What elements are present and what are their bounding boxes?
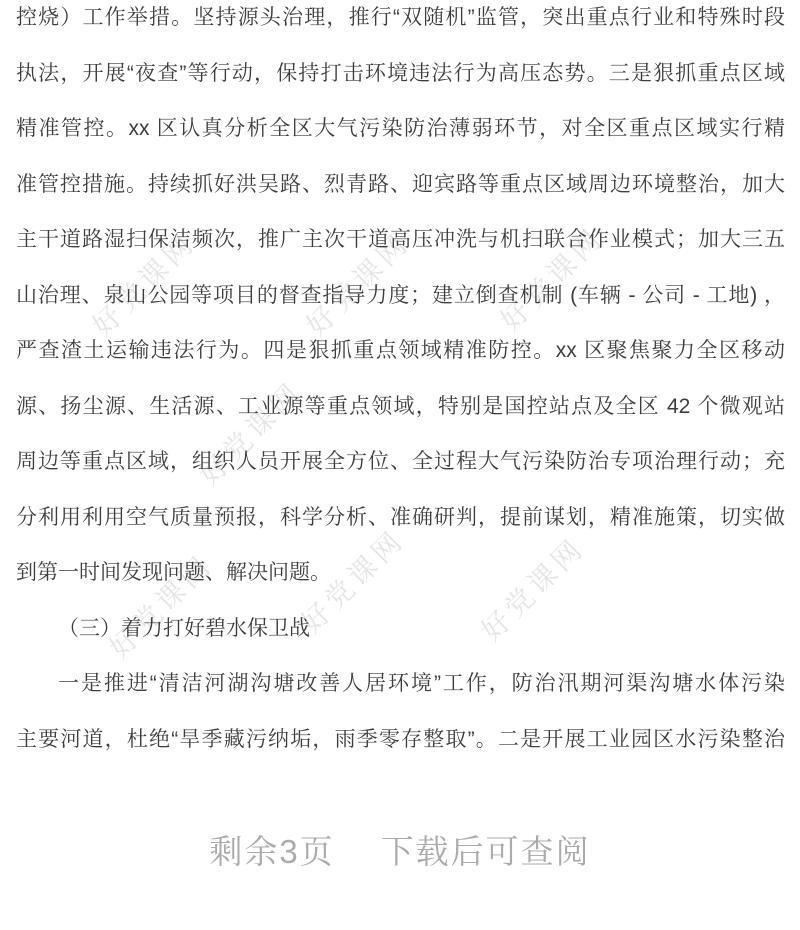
text-line: 到第一时间发现问题、解决问题。	[16, 545, 785, 601]
text-line: 一是推进“清洁河湖沟塘改善人居环境”工作，防治汛期河渠沟塘水体污染	[16, 656, 785, 712]
text-line: 山治理、泉山公园等项目的督查指导力度；建立倒查机制 (车辆 - 公司 - 工地)…	[16, 268, 785, 324]
document-body: 控烧）工作举措。坚持源头治理，推行“双随机”监管，突出重点行业和特殊时段 执法，…	[16, 0, 785, 767]
document-page: 好党课网 好党课网 好党课网 好党课网 好党课网 好党课网 好党课网 控烧）工作…	[0, 0, 800, 930]
text-line: 控烧）工作举措。坚持源头治理，推行“双随机”监管，突出重点行业和特殊时段	[16, 0, 785, 46]
text-line: 严查渣土运输违法行为。四是狠抓重点领域精准防控。xx 区聚焦聚力全区移动	[16, 323, 785, 379]
download-hint-label: 下载后可查阅	[381, 826, 591, 873]
text-line: 精准管控。xx 区认真分析全区大气污染防治薄弱环节，对全区重点区域实行精	[16, 101, 785, 157]
text-line: 主干道路湿扫保洁频次，推广主次干道高压冲洗与机扫联合作业模式；加大三五	[16, 212, 785, 268]
text-line: 准管控措施。持续抓好洪吴路、烈青路、迎宾路等重点区域周边环境整治，加大	[16, 157, 785, 213]
text-line: 分利用利用空气质量预报，科学分析、准确研判，提前谋划，精准施策，切实做	[16, 490, 785, 546]
text-line: 周边等重点区域，组织人员开展全方位、全过程大气污染防治专项治理行动；充	[16, 434, 785, 490]
preview-footer: 剩余3页 下载后可查阅	[0, 826, 800, 873]
text-line: 源、扬尘源、生活源、工业源等重点领域，特别是国控站点及全区 42 个微观站	[16, 379, 785, 435]
section-heading: （三）着力打好碧水保卫战	[16, 601, 785, 657]
text-line: 执法，开展“夜查”等行动，保持打击环境违法行为高压态势。三是狠抓重点区域	[16, 46, 785, 102]
text-line: 主要河道，杜绝“旱季藏污纳垢，雨季零存整取”。二是开展工业园区水污染整治	[16, 712, 785, 768]
remaining-pages-label: 剩余3页	[209, 826, 334, 873]
